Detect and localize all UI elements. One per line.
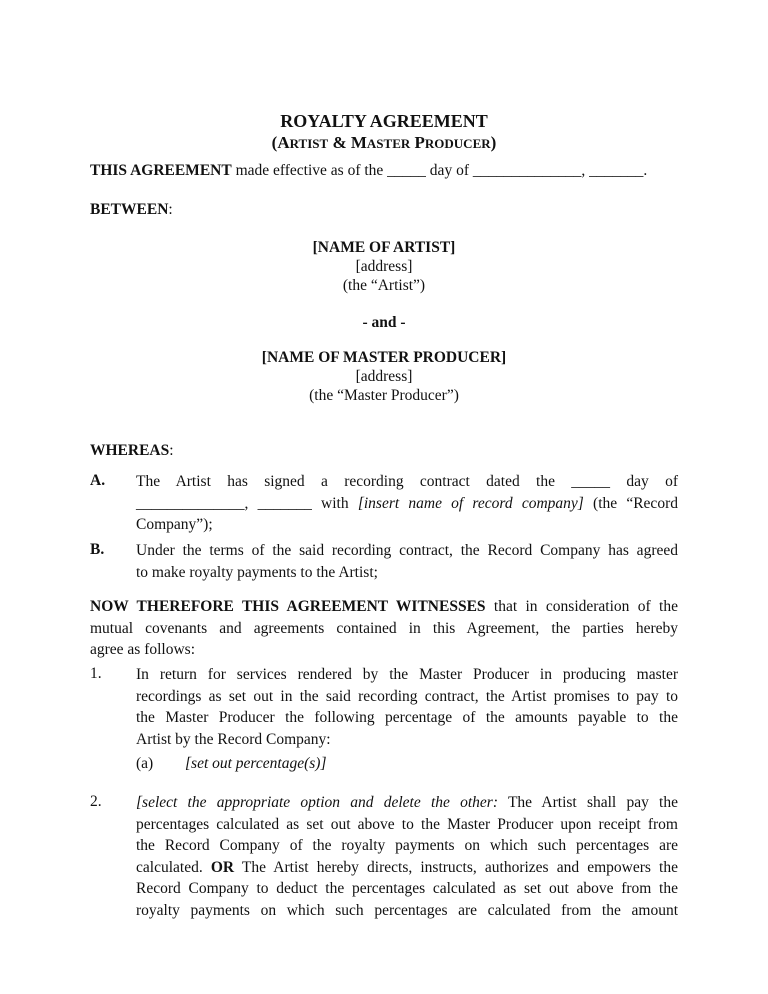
clause-line: recordings as set out in the said record… [136,686,678,708]
clause-2-number: 2. [90,793,102,811]
subtitle-part: P [410,133,425,152]
instruction-text: [select the appropriate option and delet… [136,794,498,811]
subtitle-part: RTIST [290,136,329,151]
between-colon: : [168,201,172,218]
whereas-heading: WHEREAS: [90,440,174,461]
subtitle-part: & M [328,133,367,152]
intro-paragraph: THIS AGREEMENT made effective as of the … [90,160,647,181]
document-title: ROYALTY AGREEMENT [0,111,768,132]
text-run: that in consideration of the [486,598,678,615]
text-run: ______________, _______ with [136,495,358,512]
clause-2: [select the appropriate option and delet… [136,792,678,921]
party1-address: [address] [0,256,768,277]
whereas-label: WHEREAS [90,442,169,459]
witnesses-paragraph: NOW THEREFORE THIS AGREEMENT WITNESSES t… [90,596,678,661]
party2-defined-as: (the “Master Producer”) [0,385,768,406]
recital-line: The Artist has signed a recording contra… [136,471,678,493]
clause-line: royalty payments on which such percentag… [136,900,678,922]
document-subtitle: (ARTIST & MASTER PRODUCER) [0,133,768,153]
recital-line: Company”); [136,514,678,536]
subtitle-part: ) [491,133,497,152]
document-page: ROYALTY AGREEMENT (ARTIST & MASTER PRODU… [0,0,768,994]
clause-1a-label: (a) [136,755,153,773]
text-run: (the “Record [584,495,678,512]
or-keyword: OR [211,859,234,876]
party2-address: [address] [0,366,768,387]
clause-1-number: 1. [90,665,102,683]
clause-line: [select the appropriate option and delet… [136,792,678,814]
recital-b: Under the terms of the said recording co… [136,540,678,583]
clause-1: In return for services rendered by the M… [136,664,678,750]
party2-name: [NAME OF MASTER PRODUCER] [0,347,768,368]
subtitle-part: ASTER [367,136,410,151]
subtitle-part: (A [272,133,290,152]
and-separator: - and - [0,312,768,333]
clause-line: the Master Producer the following percen… [136,707,678,729]
clause-line: calculated. OR The Artist hereby directs… [136,857,678,879]
text-run: The Artist shall pay the [498,794,678,811]
between-label: BETWEEN [90,201,168,218]
subtitle-part: RODUCER [425,136,491,151]
clause-line: In return for services rendered by the M… [136,664,678,686]
clause-1a-text: [set out percentage(s)] [185,755,326,773]
recital-line: Under the terms of the said recording co… [136,540,678,562]
witnesses-line: NOW THEREFORE THIS AGREEMENT WITNESSES t… [90,596,678,618]
between-heading: BETWEEN: [90,199,173,220]
witnesses-line: mutual covenants and agreements containe… [90,618,678,640]
recital-a-label: A. [90,472,105,490]
clause-line: Record Company to deduct the percentages… [136,878,678,900]
party1-defined-as: (the “Artist”) [0,275,768,296]
witnesses-bold: NOW THEREFORE THIS AGREEMENT WITNESSES [90,598,486,615]
recital-line: to make royalty payments to the Artist; [136,562,678,584]
recital-b-label: B. [90,541,104,559]
witnesses-line: agree as follows: [90,639,678,661]
whereas-colon: : [169,442,173,459]
intro-bold: THIS AGREEMENT [90,162,232,179]
clause-line: the Record Company of the royalty paymen… [136,835,678,857]
text-run: calculated. [136,859,211,876]
recital-line: ______________, _______ with [insert nam… [136,493,678,515]
intro-text: made effective as of the _____ day of __… [232,162,648,179]
clause-line: Artist by the Record Company: [136,729,678,751]
placeholder-record-company: [insert name of record company] [358,495,584,512]
recital-a: The Artist has signed a recording contra… [136,471,678,536]
clause-line: percentages calculated as set out above … [136,814,678,836]
party1-name: [NAME OF ARTIST] [0,237,768,258]
text-run: The Artist hereby directs, instructs, au… [234,859,678,876]
